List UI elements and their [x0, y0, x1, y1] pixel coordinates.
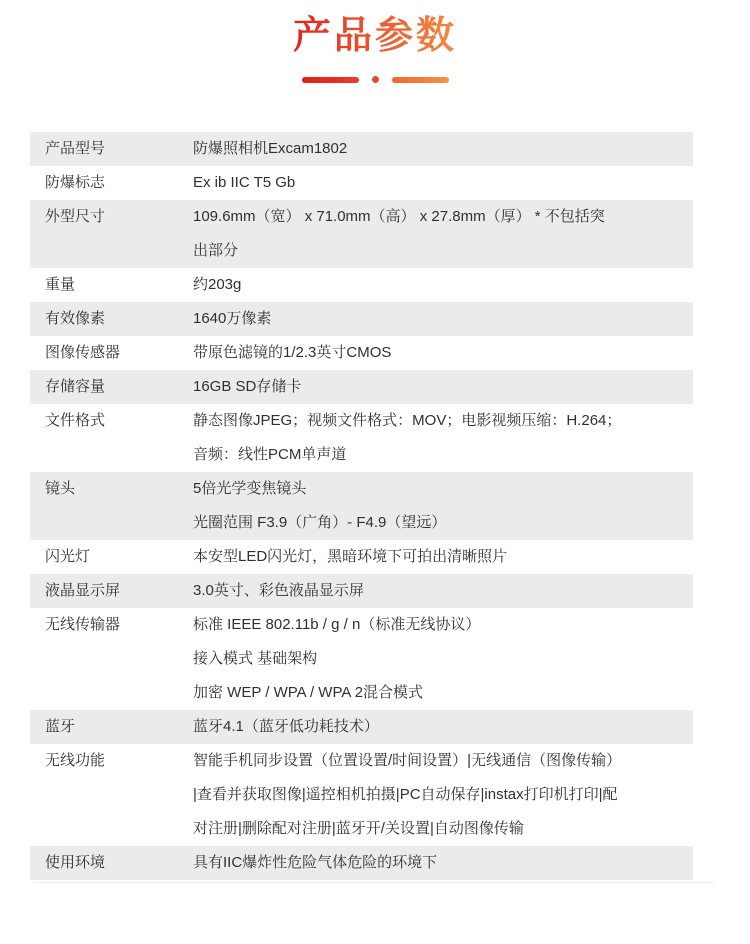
spec-value-line: 5倍光学变焦镜头: [193, 472, 679, 506]
spec-value-line: 16GB SD存储卡: [193, 370, 679, 404]
spec-value-line: 接入模式 基础架构: [193, 642, 679, 676]
spec-value: 1640万像素: [193, 302, 693, 336]
table-row: 产品型号防爆照相机Excam1802: [30, 132, 693, 166]
table-row: 防爆标志Ex ib IIC T5 Gb: [30, 166, 693, 200]
table-row: 外型尺寸109.6mm（宽） x 71.0mm（高） x 27.8mm（厚） *…: [30, 200, 693, 268]
spec-value: 蓝牙4.1（蓝牙低功耗技术）: [193, 710, 693, 744]
spec-value-line: 标准 IEEE 802.11b / g / n（标准无线协议）: [193, 608, 679, 642]
table-row: 闪光灯本安型LED闪光灯，黑暗环境下可拍出清晰照片: [30, 540, 693, 574]
spec-value-line: 加密 WEP / WPA / WPA 2混合模式: [193, 676, 679, 710]
spec-value: 本安型LED闪光灯，黑暗环境下可拍出清晰照片: [193, 540, 693, 574]
spec-value: 防爆照相机Excam1802: [193, 132, 693, 166]
spec-label: 有效像素: [30, 302, 193, 336]
table-row: 使用环境具有IIC爆炸性危险气体危险的环境下: [30, 846, 693, 880]
spec-value-line: Ex ib IIC T5 Gb: [193, 166, 679, 200]
table-row: 图像传感器带原色滤镜的1/2.3英寸CMOS: [30, 336, 693, 370]
spec-value-line: 109.6mm（宽） x 71.0mm（高） x 27.8mm（厚） * 不包括…: [193, 200, 679, 234]
table-row: 存储容量16GB SD存储卡: [30, 370, 693, 404]
spec-label: 无线传输器: [30, 608, 193, 710]
spec-label: 闪光灯: [30, 540, 193, 574]
spec-value-line: |查看并获取图像|遥控相机拍摄|PC自动保存|instax打印机打印|配: [193, 778, 679, 812]
page-title: 产品参数: [293, 14, 457, 59]
spec-value-line: 带原色滤镜的1/2.3英寸CMOS: [193, 336, 679, 370]
underline-dot-icon: [372, 76, 379, 83]
spec-label: 防爆标志: [30, 166, 193, 200]
spec-value: 约203g: [193, 268, 693, 302]
underline-left-dash: [302, 77, 359, 83]
section-header: 产品参数: [0, 0, 750, 83]
spec-value-line: 静态图像JPEG；视频文件格式：MOV；电影视频压缩：H.264；: [193, 404, 679, 438]
spec-value-line: 本安型LED闪光灯，黑暗环境下可拍出清晰照片: [193, 540, 679, 574]
table-row: 重量约203g: [30, 268, 693, 302]
spec-value-line: 1640万像素: [193, 302, 679, 336]
spec-value-line: 智能手机同步设置（位置设置/时间设置）|无线通信（图像传输）: [193, 744, 679, 778]
underline-right-dash: [392, 77, 449, 83]
spec-value-line: 出部分: [193, 234, 679, 268]
spec-value-line: 防爆照相机Excam1802: [193, 132, 679, 166]
spec-label: 蓝牙: [30, 710, 193, 744]
spec-label: 镜头: [30, 472, 193, 540]
spec-value: 3.0英寸、彩色液晶显示屏: [193, 574, 693, 608]
spec-table: 产品型号防爆照相机Excam1802防爆标志Ex ib IIC T5 Gb外型尺…: [30, 132, 693, 880]
spec-value: 109.6mm（宽） x 71.0mm（高） x 27.8mm（厚） * 不包括…: [193, 200, 693, 268]
spec-value: Ex ib IIC T5 Gb: [193, 166, 693, 200]
spec-label: 无线功能: [30, 744, 193, 846]
table-row: 蓝牙蓝牙4.1（蓝牙低功耗技术）: [30, 710, 693, 744]
spec-label: 图像传感器: [30, 336, 193, 370]
table-row: 有效像素1640万像素: [30, 302, 693, 336]
spec-value-line: 约203g: [193, 268, 679, 302]
spec-value-line: 蓝牙4.1（蓝牙低功耗技术）: [193, 710, 679, 744]
spec-value-line: 光圈范围 F3.9（广角）- F4.9（望远）: [193, 506, 679, 540]
spec-value-line: 具有IIC爆炸性危险气体危险的环境下: [193, 846, 679, 880]
spec-value: 16GB SD存储卡: [193, 370, 693, 404]
table-row: 无线传输器标准 IEEE 802.11b / g / n（标准无线协议）接入模式…: [30, 608, 693, 710]
spec-label: 存储容量: [30, 370, 193, 404]
spec-value: 具有IIC爆炸性危险气体危险的环境下: [193, 846, 693, 880]
spec-label: 外型尺寸: [30, 200, 193, 268]
spec-label: 产品型号: [30, 132, 193, 166]
spec-value: 带原色滤镜的1/2.3英寸CMOS: [193, 336, 693, 370]
title-underline: [0, 76, 750, 83]
spec-value: 标准 IEEE 802.11b / g / n（标准无线协议）接入模式 基础架构…: [193, 608, 693, 710]
spec-value-line: 音频：线性PCM单声道: [193, 438, 679, 472]
spec-value-line: 对注册|删除配对注册|蓝牙开/关设置|自动图像传输: [193, 812, 679, 846]
spec-label: 文件格式: [30, 404, 193, 472]
spec-value: 静态图像JPEG；视频文件格式：MOV；电影视频压缩：H.264；音频：线性PC…: [193, 404, 693, 472]
spec-value: 5倍光学变焦镜头光圈范围 F3.9（广角）- F4.9（望远）: [193, 472, 693, 540]
table-row: 镜头5倍光学变焦镜头光圈范围 F3.9（广角）- F4.9（望远）: [30, 472, 693, 540]
spec-label: 液晶显示屏: [30, 574, 193, 608]
spec-value: 智能手机同步设置（位置设置/时间设置）|无线通信（图像传输）|查看并获取图像|遥…: [193, 744, 693, 846]
table-row: 无线功能智能手机同步设置（位置设置/时间设置）|无线通信（图像传输）|查看并获取…: [30, 744, 693, 846]
spec-value-line: 3.0英寸、彩色液晶显示屏: [193, 574, 679, 608]
table-bottom-divider: [35, 882, 715, 883]
table-row: 文件格式静态图像JPEG；视频文件格式：MOV；电影视频压缩：H.264；音频：…: [30, 404, 693, 472]
product-spec-page: 产品参数 产品型号防爆照相机Excam1802防爆标志Ex ib IIC T5 …: [0, 0, 750, 944]
spec-label: 使用环境: [30, 846, 193, 880]
spec-label: 重量: [30, 268, 193, 302]
table-row: 液晶显示屏3.0英寸、彩色液晶显示屏: [30, 574, 693, 608]
